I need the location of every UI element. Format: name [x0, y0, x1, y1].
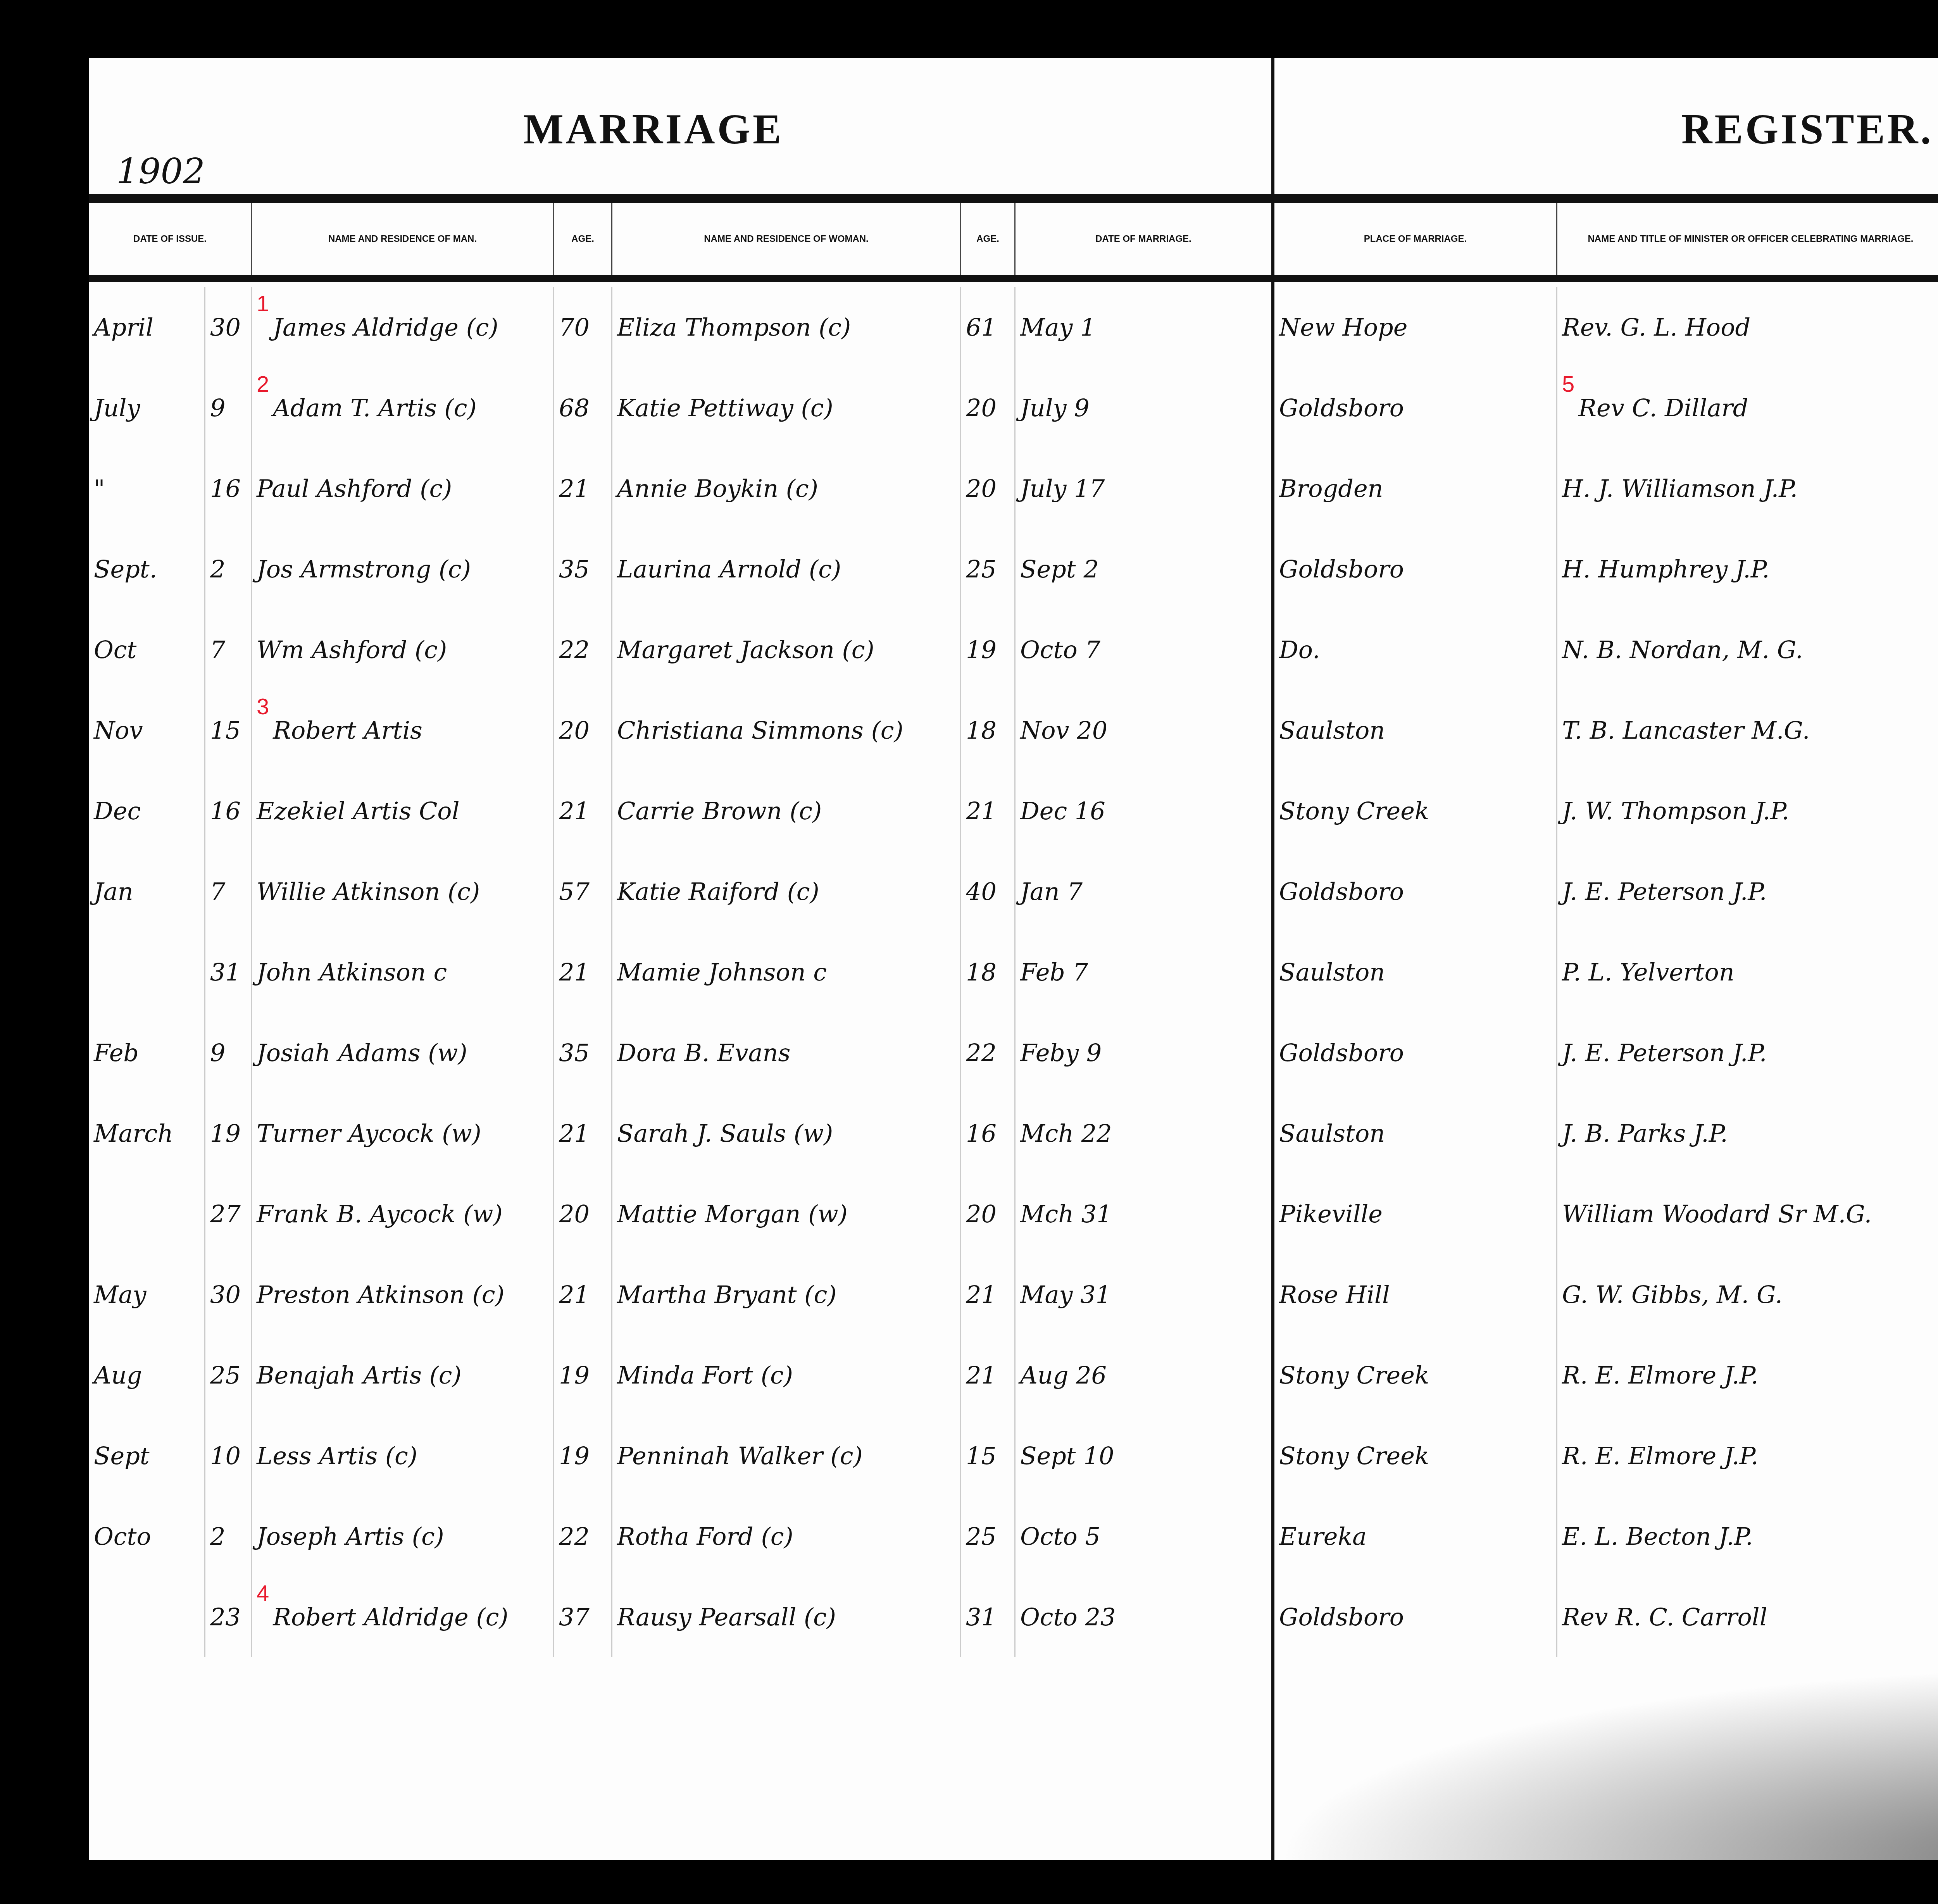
woman-age: 25	[961, 529, 1016, 609]
man-name-text: Benajah Artis (c)	[257, 1361, 462, 1389]
man-name-text: Willie Atkinson (c)	[257, 877, 480, 906]
issue-day: 7	[205, 609, 252, 690]
man-age: 22	[554, 609, 612, 690]
place-of-marriage: Pikeville	[1274, 1173, 1557, 1254]
minister-name-text: E. L. Becton J.P.	[1562, 1522, 1753, 1551]
issue-day: 16	[205, 770, 252, 851]
woman-age: 21	[961, 1335, 1016, 1415]
minister-name: Rev. G. L. Hood	[1557, 287, 1938, 367]
man-name-text: Ezekiel Artis Col	[257, 797, 460, 825]
issue-month: Aug	[89, 1335, 205, 1415]
table-row: July92Adam T. Artis (c)68Katie Pettiway …	[89, 367, 1271, 448]
woman-name: Mattie Morgan (w)	[612, 1173, 961, 1254]
issue-day: 23	[205, 1577, 252, 1657]
minister-name-text: J. E. Peterson J.P.	[1562, 877, 1767, 906]
marriage-date: July 17	[1016, 448, 1271, 529]
issue-day: 2	[205, 1496, 252, 1577]
table-row: GoldsboroH. Humphrey J.P.G. E. Grantham,…	[1274, 529, 1938, 609]
minister-name-text: Rev C. Dillard	[1578, 394, 1748, 422]
man-name-text: James Aldridge (c)	[273, 313, 498, 341]
issue-month: Jan	[89, 851, 205, 932]
minister-name: H. J. Williamson J.P.	[1557, 448, 1938, 529]
header-rule	[89, 194, 1271, 203]
minister-name: Rev R. C. Carroll	[1557, 1577, 1938, 1657]
marriage-date: Jan 7	[1016, 851, 1271, 932]
left-entries: April301James Aldridge (c)70Eliza Thomps…	[89, 287, 1271, 1657]
marriage-date: July 9	[1016, 367, 1271, 448]
table-row: Aug25Benajah Artis (c)19Minda Fort (c)21…	[89, 1335, 1271, 1415]
issue-day: 7	[205, 851, 252, 932]
table-row: Rose HillG. W. Gibbs, M. G.Wm Bryant, L.…	[1274, 1254, 1938, 1335]
table-row: 31John Atkinson c21Mamie Johnson c18Feb …	[89, 932, 1271, 1012]
man-age: 21	[554, 448, 612, 529]
table-row: 234Robert Aldridge (c)37Rausy Pearsall (…	[89, 1577, 1271, 1657]
woman-name: Eliza Thompson (c)	[612, 287, 961, 367]
marriage-date: Nov 20	[1016, 690, 1271, 770]
issue-day: 9	[205, 367, 252, 448]
issue-day: 10	[205, 1415, 252, 1496]
man-name: Wm Ashford (c)	[252, 609, 554, 690]
issue-month	[89, 1173, 205, 1254]
issue-month: July	[89, 367, 205, 448]
place-of-marriage: Stony Creek	[1274, 1415, 1557, 1496]
minister-name-text: T. B. Lancaster M.G.	[1562, 716, 1810, 744]
man-name-text: Less Artis (c)	[257, 1442, 417, 1470]
woman-name: Dora B. Evans	[612, 1012, 961, 1093]
header-age-man: Age.	[554, 203, 612, 275]
marriage-date: Feby 9	[1016, 1012, 1271, 1093]
annotation-marker: 2	[257, 371, 269, 397]
table-row: SaulstonJ. B. Parks J.P.J. M. D. Turner,…	[1274, 1093, 1938, 1173]
issue-month	[89, 1577, 205, 1657]
man-name: Willie Atkinson (c)	[252, 851, 554, 932]
woman-name: Mamie Johnson c	[612, 932, 961, 1012]
minister-name-text: Rev. G. L. Hood	[1562, 313, 1750, 341]
place-of-marriage: Stony Creek	[1274, 770, 1557, 851]
minister-name: G. W. Gibbs, M. G.	[1557, 1254, 1938, 1335]
man-name: Paul Ashford (c)	[252, 448, 554, 529]
minister-name: T. B. Lancaster M.G.	[1557, 690, 1938, 770]
header-date-of-issue: Date of Issue.	[89, 203, 252, 275]
man-age: 19	[554, 1415, 612, 1496]
minister-name: 5Rev C. Dillard	[1557, 367, 1938, 448]
place-of-marriage: Goldsboro	[1274, 1012, 1557, 1093]
table-row: SaulstonT. B. Lancaster M.G.J. A. Artis,…	[1274, 690, 1938, 770]
woman-age: 40	[961, 851, 1016, 932]
header-place: Place of Marriage.	[1274, 203, 1557, 275]
woman-age: 25	[961, 1496, 1016, 1577]
minister-name: J. W. Thompson J.P.	[1557, 770, 1938, 851]
marriage-date: Feb 7	[1016, 932, 1271, 1012]
table-row: "16Paul Ashford (c)21Annie Boykin (c)20J…	[89, 448, 1271, 529]
woman-age: 22	[961, 1012, 1016, 1093]
man-name: 3Robert Artis	[252, 690, 554, 770]
woman-age: 16	[961, 1093, 1016, 1173]
man-name: Turner Aycock (w)	[252, 1093, 554, 1173]
header-bottom-rule	[1274, 275, 1938, 282]
man-name-text: Robert Aldridge (c)	[273, 1603, 508, 1631]
header-minister: Name and Title of Minister or Officer Ce…	[1557, 203, 1938, 275]
man-name-text: Wm Ashford (c)	[257, 636, 447, 664]
man-age: 20	[554, 690, 612, 770]
table-row: Sept10Less Artis (c)19Penninah Walker (c…	[89, 1415, 1271, 1496]
woman-name: Laurina Arnold (c)	[612, 529, 961, 609]
minister-name: P. L. Yelverton	[1557, 932, 1938, 1012]
man-age: 21	[554, 1254, 612, 1335]
issue-month: Dec	[89, 770, 205, 851]
header-man: Name and Residence of Man.	[252, 203, 554, 275]
marriage-date: Sept 2	[1016, 529, 1271, 609]
man-age: 19	[554, 1335, 612, 1415]
man-age: 35	[554, 1012, 612, 1093]
minister-name-text: N. B. Nordan, M. G.	[1562, 636, 1803, 664]
table-row: Stony CreekR. E. Elmore J.P.J. F. Granth…	[1274, 1335, 1938, 1415]
man-age: 68	[554, 367, 612, 448]
place-of-marriage: Saulston	[1274, 1093, 1557, 1173]
right-title: REGISTER.	[1681, 105, 1933, 154]
right-column-headers: Place of Marriage. Name and Title of Min…	[1274, 203, 1938, 275]
place-of-marriage: Saulston	[1274, 690, 1557, 770]
man-age: 57	[554, 851, 612, 932]
year-note: 1902	[116, 151, 205, 192]
table-row: EurekaE. L. Becton J.P.E. F. Jones, W. E…	[1274, 1496, 1938, 1577]
issue-day: 30	[205, 287, 252, 367]
header-bottom-rule	[89, 275, 1271, 282]
woman-name: Minda Fort (c)	[612, 1335, 961, 1415]
minister-name: J. B. Parks J.P.	[1557, 1093, 1938, 1173]
issue-month: Sept.	[89, 529, 205, 609]
minister-name: R. E. Elmore J.P.	[1557, 1335, 1938, 1415]
man-name: Preston Atkinson (c)	[252, 1254, 554, 1335]
place-of-marriage: New Hope	[1274, 287, 1557, 367]
minister-name-text: H. J. Williamson J.P.	[1562, 474, 1798, 503]
man-age: 22	[554, 1496, 612, 1577]
issue-month: Nov	[89, 690, 205, 770]
man-name-text: Adam T. Artis (c)	[273, 394, 476, 422]
marriage-date: Mch 31	[1016, 1173, 1271, 1254]
man-name: Frank B. Aycock (w)	[252, 1173, 554, 1254]
woman-age: 18	[961, 932, 1016, 1012]
man-name-text: Frank B. Aycock (w)	[257, 1200, 503, 1228]
woman-name: Rotha Ford (c)	[612, 1496, 961, 1577]
place-of-marriage: Goldsboro	[1274, 1577, 1557, 1657]
man-name: John Atkinson c	[252, 932, 554, 1012]
marriage-date: Mch 22	[1016, 1093, 1271, 1173]
minister-name-text: J. W. Thompson J.P.	[1562, 797, 1789, 825]
issue-day: 25	[205, 1335, 252, 1415]
minister-name: William Woodard Sr M.G.	[1557, 1173, 1938, 1254]
minister-name-text: William Woodard Sr M.G.	[1562, 1200, 1872, 1228]
man-name: Josiah Adams (w)	[252, 1012, 554, 1093]
table-row: New HopeRev. G. L. HoodJohn Edmundson, J…	[1274, 287, 1938, 367]
left-column-headers: Date of Issue. Name and Residence of Man…	[89, 203, 1271, 275]
minister-name-text: J. B. Parks J.P.	[1562, 1119, 1728, 1148]
issue-day: 9	[205, 1012, 252, 1093]
woman-age: 20	[961, 1173, 1016, 1254]
marriage-date: Aug 26	[1016, 1335, 1271, 1415]
issue-day: 19	[205, 1093, 252, 1173]
man-name-text: Robert Artis	[273, 716, 422, 744]
woman-name: Rausy Pearsall (c)	[612, 1577, 961, 1657]
header-age-woman: Age.	[961, 203, 1016, 275]
table-row: Goldsboro5Rev C. DillardR. H. Bratt, B. …	[1274, 367, 1938, 448]
issue-day: 15	[205, 690, 252, 770]
marriage-date: Octo 7	[1016, 609, 1271, 690]
marriage-date: Octo 5	[1016, 1496, 1271, 1577]
man-age: 20	[554, 1173, 612, 1254]
place-of-marriage: Goldsboro	[1274, 851, 1557, 932]
man-name-text: Jos Armstrong (c)	[257, 555, 471, 583]
woman-age: 20	[961, 367, 1016, 448]
annotation-marker: 3	[257, 694, 269, 720]
woman-name: Sarah J. Sauls (w)	[612, 1093, 961, 1173]
table-row: Dec16Ezekiel Artis Col21Carrie Brown (c)…	[89, 770, 1271, 851]
table-row: GoldsboroJ. E. Peterson J.P.W. R. Hollow…	[1274, 851, 1938, 932]
woman-name: Katie Raiford (c)	[612, 851, 961, 932]
man-age: 21	[554, 770, 612, 851]
issue-month: Oct	[89, 609, 205, 690]
header-rule	[1274, 194, 1938, 203]
marriage-date: May 31	[1016, 1254, 1271, 1335]
minister-name-text: G. W. Gibbs, M. G.	[1562, 1280, 1783, 1309]
marriage-date: May 1	[1016, 287, 1271, 367]
issue-month: Feb	[89, 1012, 205, 1093]
minister-name: R. E. Elmore J.P.	[1557, 1415, 1938, 1496]
woman-name: Annie Boykin (c)	[612, 448, 961, 529]
man-age: 35	[554, 529, 612, 609]
man-name: Joseph Artis (c)	[252, 1496, 554, 1577]
annotation-marker: 4	[257, 1580, 269, 1606]
place-of-marriage: Goldsboro	[1274, 367, 1557, 448]
header-date-of-marriage: Date of Marriage.	[1016, 203, 1271, 275]
man-name: 4Robert Aldridge (c)	[252, 1577, 554, 1657]
table-row: Stony CreekJ. W. Thompson J.P.A. Moses, …	[1274, 770, 1938, 851]
right-page: REGISTER. Place of Marriage. Name and Ti…	[1274, 58, 1938, 1860]
table-row: Stony CreekR. E. Elmore J.P.David Shurd,…	[1274, 1415, 1938, 1496]
woman-age: 18	[961, 690, 1016, 770]
table-row: Octo2Joseph Artis (c)22Rotha Ford (c)25O…	[89, 1496, 1271, 1577]
table-row: April301James Aldridge (c)70Eliza Thomps…	[89, 287, 1271, 367]
man-name: Less Artis (c)	[252, 1415, 554, 1496]
minister-name: N. B. Nordan, M. G.	[1557, 609, 1938, 690]
minister-name: E. L. Becton J.P.	[1557, 1496, 1938, 1577]
man-name-text: Preston Atkinson (c)	[257, 1280, 505, 1309]
man-name-text: John Atkinson c	[257, 958, 447, 986]
table-row: GoldsboroJ. E. Peterson J.P.William Evan…	[1274, 1012, 1938, 1093]
minister-name: H. Humphrey J.P.	[1557, 529, 1938, 609]
table-row: Oct7Wm Ashford (c)22Margaret Jackson (c)…	[89, 609, 1271, 690]
table-row: Do.N. B. Nordan, M. G.B. D. Parker, E. C…	[1274, 609, 1938, 690]
man-name-text: Joseph Artis (c)	[257, 1522, 444, 1551]
minister-name: J. E. Peterson J.P.	[1557, 1012, 1938, 1093]
issue-month: May	[89, 1254, 205, 1335]
issue-day: 16	[205, 448, 252, 529]
place-of-marriage: Eureka	[1274, 1496, 1557, 1577]
man-age: 37	[554, 1577, 612, 1657]
table-row: SaulstonP. L. YelvertonA. Waters, Levi T…	[1274, 932, 1938, 1012]
minister-name: J. E. Peterson J.P.	[1557, 851, 1938, 932]
man-name: Ezekiel Artis Col	[252, 770, 554, 851]
page-stain	[1274, 1666, 1938, 1860]
woman-name: Martha Bryant (c)	[612, 1254, 961, 1335]
man-name: Benajah Artis (c)	[252, 1335, 554, 1415]
place-of-marriage: Saulston	[1274, 932, 1557, 1012]
woman-name: Katie Pettiway (c)	[612, 367, 961, 448]
woman-age: 61	[961, 287, 1016, 367]
left-page: MARRIAGE 1902 Date of Issue. Name and Re…	[89, 58, 1274, 1860]
man-name: Jos Armstrong (c)	[252, 529, 554, 609]
marriage-date: Sept 10	[1016, 1415, 1271, 1496]
table-row: Feb9Josiah Adams (w)35Dora B. Evans22Feb…	[89, 1012, 1271, 1093]
issue-month	[89, 932, 205, 1012]
issue-month: Sept	[89, 1415, 205, 1496]
issue-day: 30	[205, 1254, 252, 1335]
minister-name-text: H. Humphrey J.P.	[1562, 555, 1770, 583]
table-row: Jan7Willie Atkinson (c)57Katie Raiford (…	[89, 851, 1271, 932]
table-row: Sept.2Jos Armstrong (c)35Laurina Arnold …	[89, 529, 1271, 609]
man-age: 21	[554, 1093, 612, 1173]
woman-name: Margaret Jackson (c)	[612, 609, 961, 690]
minister-name-text: Rev R. C. Carroll	[1562, 1603, 1767, 1631]
place-of-marriage: Do.	[1274, 609, 1557, 690]
issue-month: Octo	[89, 1496, 205, 1577]
right-entries: New HopeRev. G. L. HoodJohn Edmundson, J…	[1274, 287, 1938, 1657]
place-of-marriage: Brogden	[1274, 448, 1557, 529]
issue-month: March	[89, 1093, 205, 1173]
woman-name: Christiana Simmons (c)	[612, 690, 961, 770]
marriage-date: Dec 16	[1016, 770, 1271, 851]
table-row: May30Preston Atkinson (c)21Martha Bryant…	[89, 1254, 1271, 1335]
man-name: 2Adam T. Artis (c)	[252, 367, 554, 448]
woman-age: 20	[961, 448, 1016, 529]
left-title: MARRIAGE	[523, 105, 783, 154]
woman-age: 21	[961, 1254, 1016, 1335]
woman-age: 21	[961, 770, 1016, 851]
woman-age: 19	[961, 609, 1016, 690]
woman-name: Penninah Walker (c)	[612, 1415, 961, 1496]
issue-day: 27	[205, 1173, 252, 1254]
minister-name-text: R. E. Elmore J.P.	[1562, 1442, 1759, 1470]
place-of-marriage: Stony Creek	[1274, 1335, 1557, 1415]
issue-day: 31	[205, 932, 252, 1012]
man-age: 70	[554, 287, 612, 367]
woman-age: 31	[961, 1577, 1016, 1657]
annotation-marker: 1	[257, 291, 269, 317]
minister-name-text: P. L. Yelverton	[1562, 958, 1735, 986]
issue-month: April	[89, 287, 205, 367]
minister-name-text: R. E. Elmore J.P.	[1562, 1361, 1759, 1389]
annotation-marker: 5	[1562, 371, 1574, 397]
table-row: 27Frank B. Aycock (w)20Mattie Morgan (w)…	[89, 1173, 1271, 1254]
man-age: 21	[554, 932, 612, 1012]
man-name-text: Josiah Adams (w)	[257, 1039, 467, 1067]
table-row: March19Turner Aycock (w)21Sarah J. Sauls…	[89, 1093, 1271, 1173]
marriage-date: Octo 23	[1016, 1577, 1271, 1657]
register-book: MARRIAGE 1902 Date of Issue. Name and Re…	[89, 58, 1938, 1860]
table-row: BrogdenH. J. Williamson J.P.L. H. Willia…	[1274, 448, 1938, 529]
table-row: Nov153Robert Artis20Christiana Simmons (…	[89, 690, 1271, 770]
woman-age: 15	[961, 1415, 1016, 1496]
minister-name-text: J. E. Peterson J.P.	[1562, 1039, 1767, 1067]
issue-day: 2	[205, 529, 252, 609]
table-row: PikevilleWilliam Woodard Sr M.G.L. O. Ha…	[1274, 1173, 1938, 1254]
table-row: GoldsboroRev R. C. CarrollDr. J. E. Fort…	[1274, 1577, 1938, 1657]
issue-month: "	[89, 448, 205, 529]
woman-name: Carrie Brown (c)	[612, 770, 961, 851]
place-of-marriage: Goldsboro	[1274, 529, 1557, 609]
header-woman: Name and Residence of Woman.	[612, 203, 961, 275]
man-name-text: Paul Ashford (c)	[257, 474, 452, 503]
place-of-marriage: Rose Hill	[1274, 1254, 1557, 1335]
man-name-text: Turner Aycock (w)	[257, 1119, 481, 1148]
man-name: 1James Aldridge (c)	[252, 287, 554, 367]
